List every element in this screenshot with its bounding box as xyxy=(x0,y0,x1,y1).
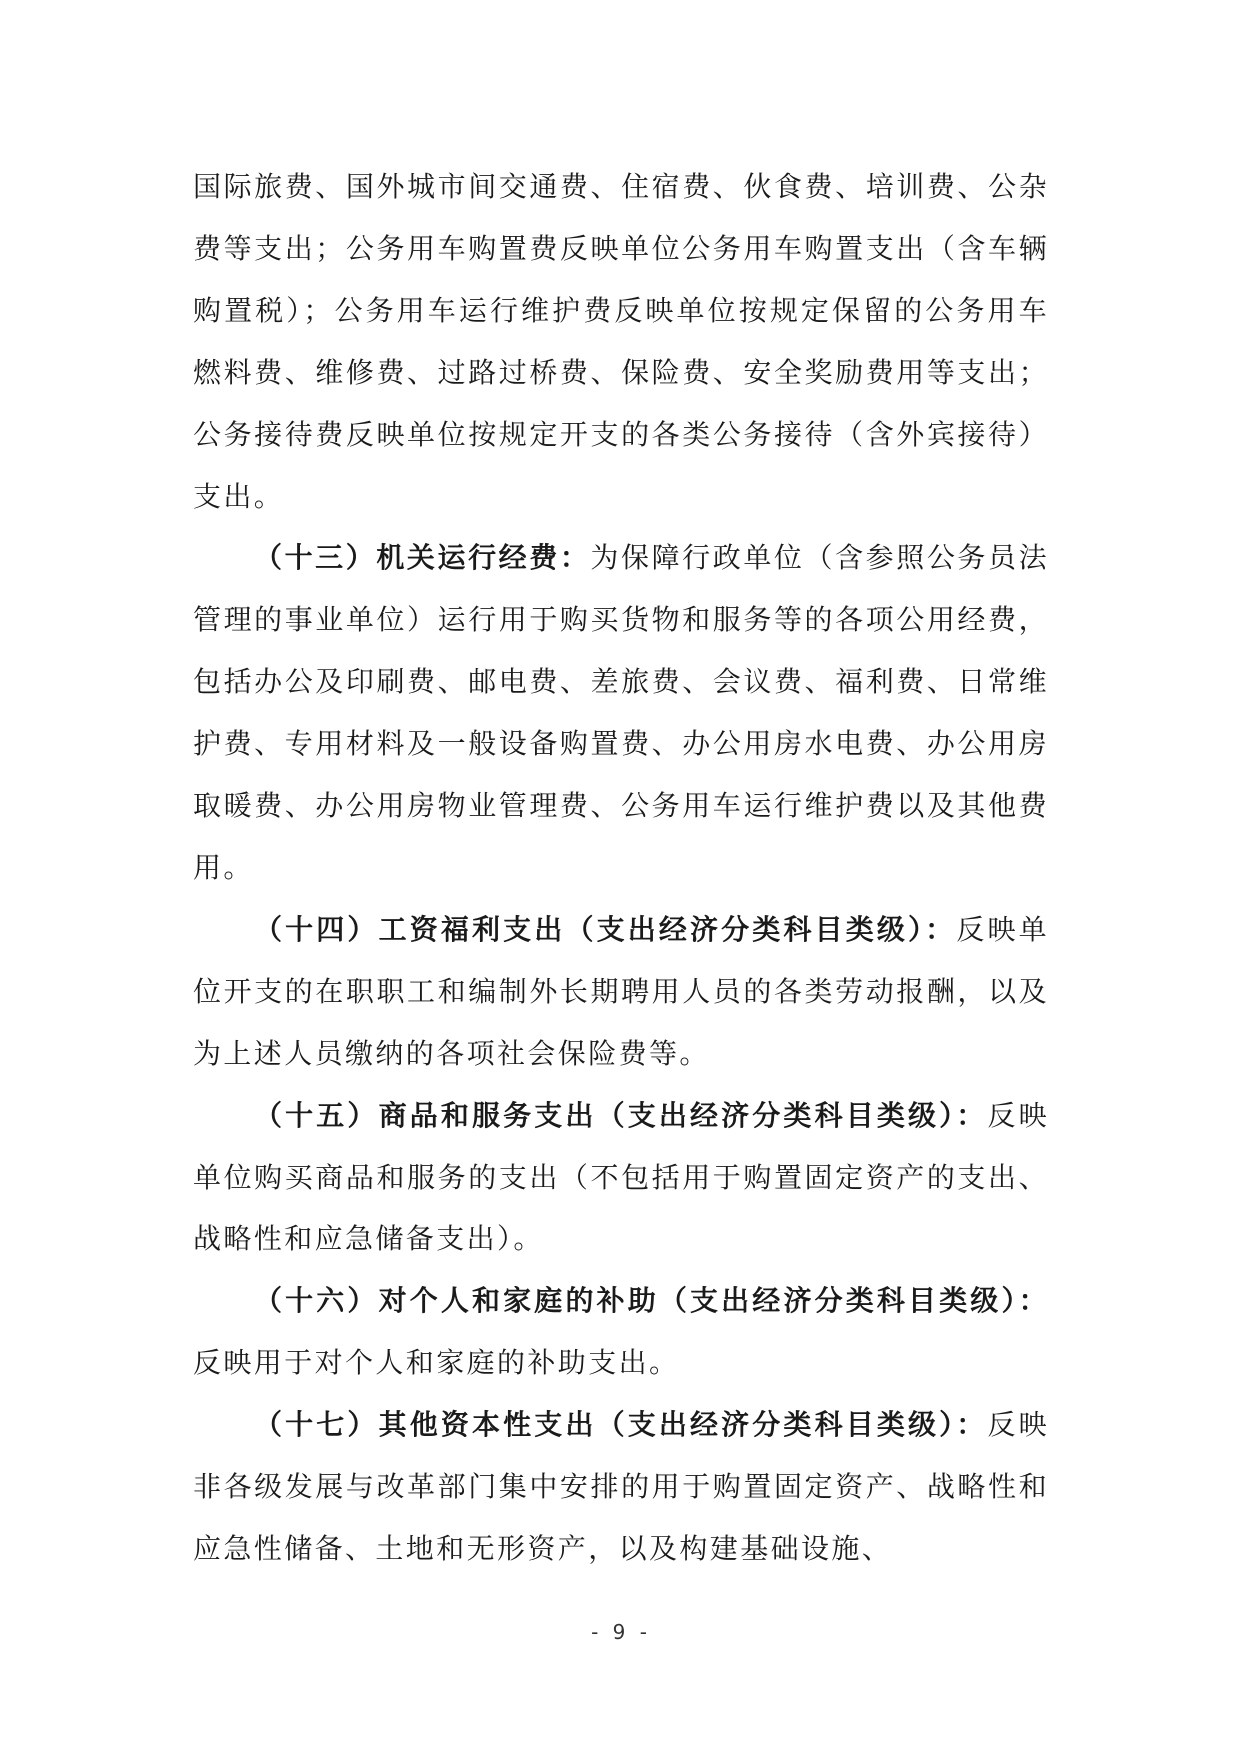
paragraph-section-14: （十四）工资福利支出（支出经济分类科目类级）：反映单位开支的在职职工和编制外长期… xyxy=(193,899,1049,1085)
section-heading: （十四）工资福利支出（支出经济分类科目类级）： xyxy=(254,913,956,946)
section-heading: （十七）其他资本性支出（支出经济分类科目类级）： xyxy=(254,1408,987,1441)
section-heading: （十五）商品和服务支出（支出经济分类科目类级）： xyxy=(254,1099,987,1132)
paragraph-body: 反映用于对个人和家庭的补助支出。 xyxy=(193,1346,679,1379)
document-page: 国际旅费、国外城市间交通费、住宿费、伙食费、培训费、公杂费等支出；公务用车购置费… xyxy=(193,156,1049,1580)
section-heading: （十六）对个人和家庭的补助（支出经济分类科目类级）： xyxy=(254,1284,1049,1317)
page-number: - 9 - xyxy=(0,1620,1242,1644)
paragraph-continuation: 国际旅费、国外城市间交通费、住宿费、伙食费、培训费、公杂费等支出；公务用车购置费… xyxy=(193,156,1049,527)
paragraph-section-17: （十七）其他资本性支出（支出经济分类科目类级）：反映非各级发展与改革部门集中安排… xyxy=(193,1394,1049,1580)
paragraph-body: 为保障行政单位（含参照公务员法管理的事业单位）运行用于购买货物和服务等的各项公用… xyxy=(193,541,1049,884)
section-heading: （十三）机关运行经费： xyxy=(254,541,590,574)
paragraph-section-15: （十五）商品和服务支出（支出经济分类科目类级）：反映单位购买商品和服务的支出（不… xyxy=(193,1085,1049,1271)
paragraph-body: 国际旅费、国外城市间交通费、住宿费、伙食费、培训费、公杂费等支出；公务用车购置费… xyxy=(193,170,1049,513)
paragraph-section-16: （十六）对个人和家庭的补助（支出经济分类科目类级）：反映用于对个人和家庭的补助支… xyxy=(193,1270,1049,1394)
paragraph-section-13: （十三）机关运行经费：为保障行政单位（含参照公务员法管理的事业单位）运行用于购买… xyxy=(193,527,1049,898)
